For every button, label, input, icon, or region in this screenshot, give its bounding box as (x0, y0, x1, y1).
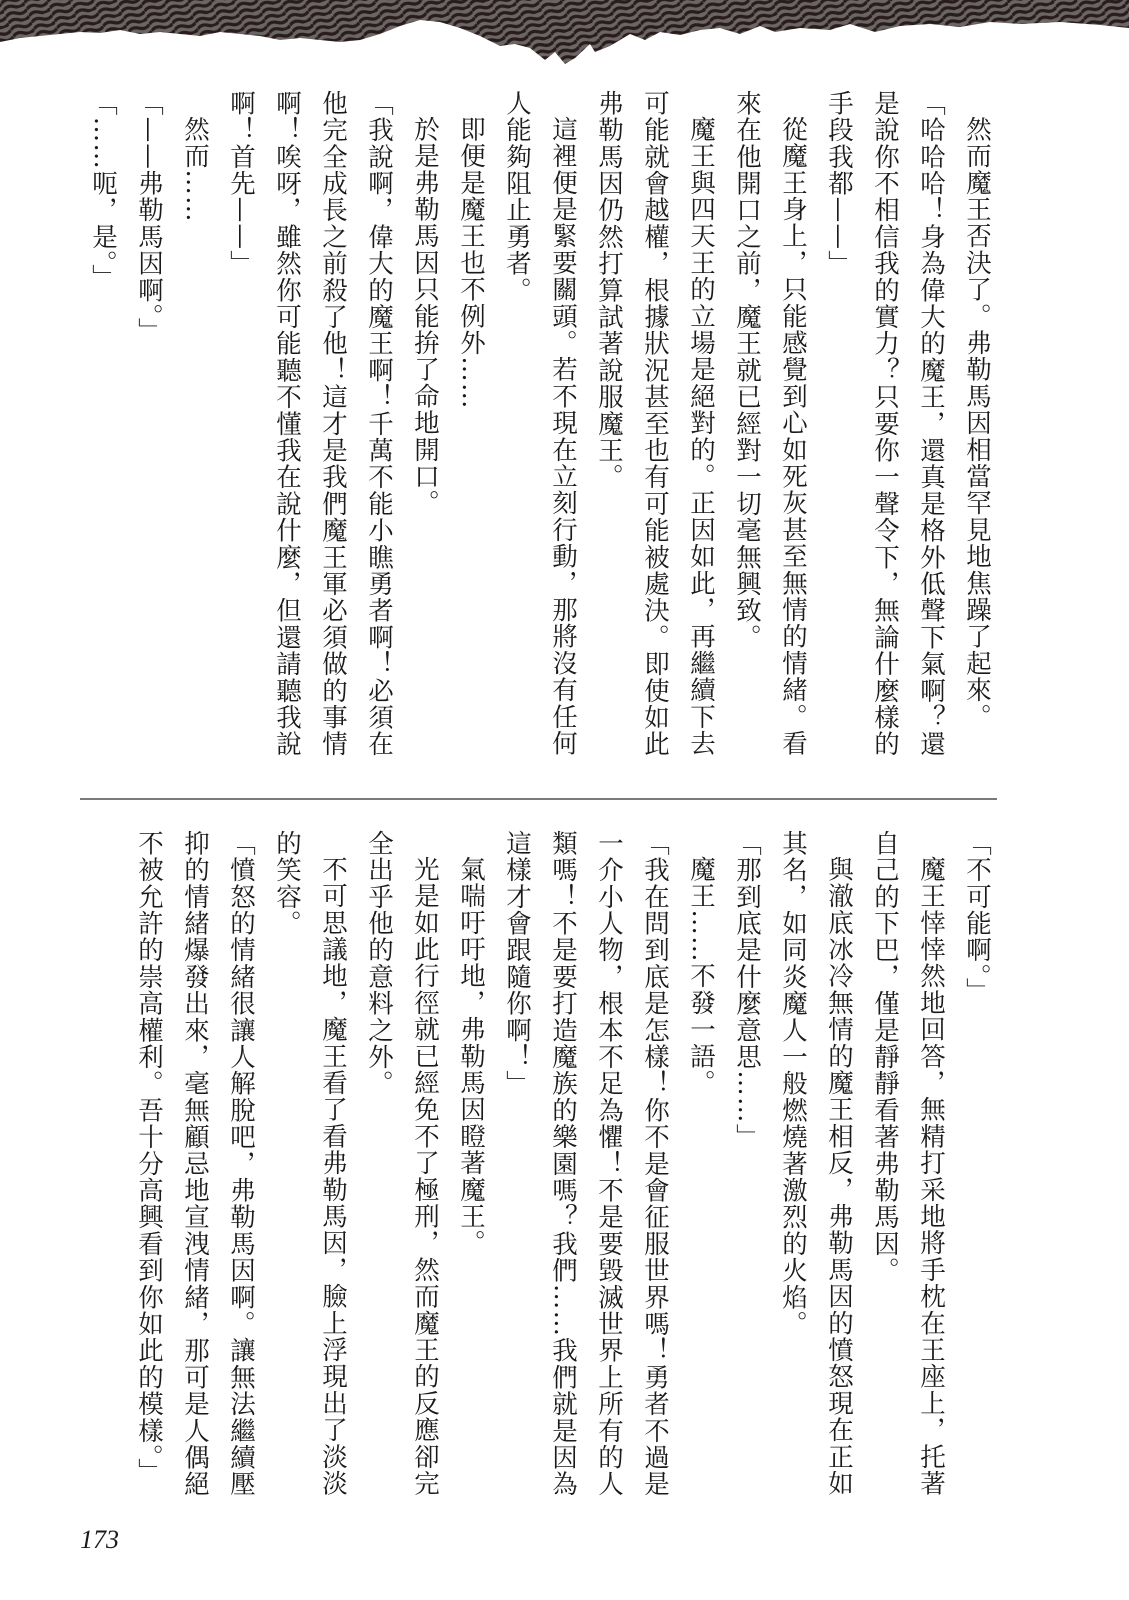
dialogue-paragraph: 「——弗勒馬因啊。」 (126, 90, 172, 760)
dialogue-paragraph: 「……呃，是。」 (80, 90, 126, 760)
dialogue-paragraph: 「那到底是什麼意思……」 (724, 830, 770, 1510)
paragraph: 與澈底冰冷無情的魔王相反，弗勒馬因的憤怒現在正如其名，如同炎魔人一般燃燒著激烈的… (770, 830, 862, 1510)
paragraph: 不可思議地，魔王看了看弗勒馬因，臉上浮現出了淡淡的笑容。 (264, 830, 356, 1510)
paragraph: 魔王與四天王的立場是絕對的。正因如此，再繼續下去可能就會越權，根據狀況甚至也有可… (586, 90, 724, 760)
paragraph: 氣喘吁吁地，弗勒馬因瞪著魔王。 (448, 830, 494, 1510)
paragraph: 然而…… (172, 90, 218, 760)
torn-fingerprint-banner (0, 0, 1129, 70)
dialogue-paragraph: 「我說啊，偉大的魔王啊！千萬不能小瞧勇者啊！必須在他完全成長之前殺了他！這才是我… (218, 90, 402, 760)
dialogue-paragraph: 「哈哈哈！身為偉大的魔王，還真是格外低聲下氣啊？還是說你不相信我的實力？只要你一… (816, 90, 954, 760)
paragraph: 魔王……不發一語。 (678, 830, 724, 1510)
paragraph: 光是如此行徑就已經免不了極刑，然而魔王的反應卻完全出乎他的意料之外。 (356, 830, 448, 1510)
paragraph: 於是弗勒馬因只能拚了命地開口。 (402, 90, 448, 760)
paragraph: 然而魔王否決了。弗勒馬因相當罕見地焦躁了起來。 (954, 90, 1000, 760)
section-divider (80, 798, 997, 800)
dialogue-paragraph: 「不可能啊。」 (954, 830, 1000, 1510)
paragraph: 這裡便是緊要關頭。若不現在立刻行動，那將沒有任何人能夠阻止勇者。 (494, 90, 586, 760)
lower-text-block: 「不可能啊。」 魔王悻悻然地回答，無精打采地將手枕在王座上，托著自己的下巴，僅是… (80, 830, 1000, 1510)
paragraph: 即便是魔王也不例外…… (448, 90, 494, 760)
page-number: 173 (80, 1525, 119, 1555)
paragraph: 從魔王身上，只能感覺到心如死灰甚至無情的情緒。看來在他開口之前，魔王就已經對一切… (724, 90, 816, 760)
upper-text-block: 然而魔王否決了。弗勒馬因相當罕見地焦躁了起來。 「哈哈哈！身為偉大的魔王，還真是… (80, 90, 1000, 760)
dialogue-paragraph: 「我在問到底是怎樣！你不是會征服世界嗎！勇者不過是一介小人物，根本不足為懼！不是… (494, 830, 678, 1510)
dialogue-paragraph: 「憤怒的情緒很讓人解脫吧，弗勒馬因啊。讓無法繼續壓抑的情緒爆發出來，毫無顧忌地宣… (126, 830, 264, 1510)
paragraph: 魔王悻悻然地回答，無精打采地將手枕在王座上，托著自己的下巴，僅是靜靜看著弗勒馬因… (862, 830, 954, 1510)
